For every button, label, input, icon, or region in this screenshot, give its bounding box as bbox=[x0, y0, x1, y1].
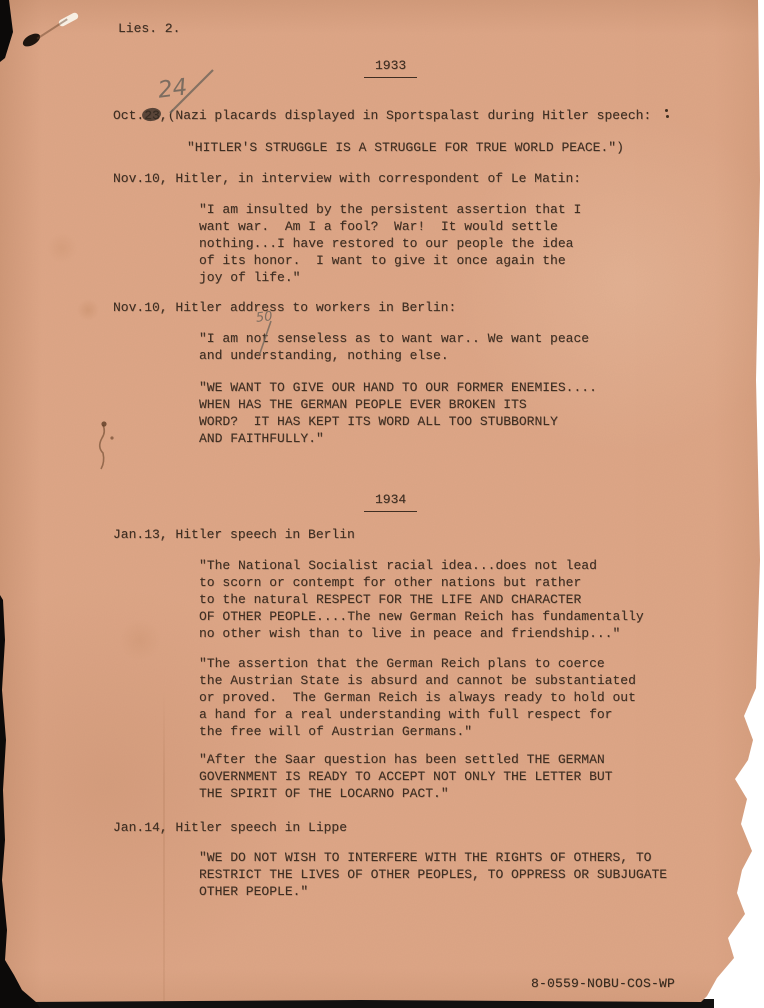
ink-speck bbox=[666, 115, 669, 118]
pencil-insert-number: 50 bbox=[255, 309, 273, 326]
pencil-date-correction: 24 bbox=[157, 74, 189, 103]
quote-insulted: "I am insulted by the persistent asserti… bbox=[199, 201, 581, 286]
section-year-1934: 1934 bbox=[364, 491, 417, 512]
quote-senseless: "I am not senseless as to want war.. We … bbox=[199, 330, 589, 364]
entry-heading-jan13: Jan.13, Hitler speech in Berlin bbox=[113, 526, 355, 543]
quote-rights-of-others: "WE DO NOT WISH TO INTERFERE WITH THE RI… bbox=[199, 849, 667, 900]
entry-heading-jan14: Jan.14, Hitler speech in Lippe bbox=[113, 819, 347, 836]
quote-racial-idea: "The National Socialist racial idea...do… bbox=[199, 557, 644, 642]
quote-austrian-state: "The assertion that the German Reich pla… bbox=[199, 655, 636, 740]
ink-speck bbox=[665, 109, 668, 112]
document-page: Lies. 2. 1933 Oct.23,(Nazi placards disp… bbox=[0, 0, 764, 1008]
quote-saar: "After the Saar question has been settle… bbox=[199, 751, 612, 802]
archive-stamp: 8-0559-NOBU-COS-WP bbox=[531, 975, 675, 992]
entry-heading-nov10-interview: Nov.10, Hitler, in interview with corres… bbox=[113, 170, 581, 187]
entry-heading-nov10-workers: Nov.10, Hitler address to workers in Ber… bbox=[113, 299, 456, 316]
section-year-1933: 1933 bbox=[364, 57, 417, 78]
paper-crease bbox=[163, 690, 165, 1002]
quote-former-enemies: "WE WANT TO GIVE OUR HAND TO OUR FORMER … bbox=[199, 379, 597, 447]
page-label: Lies. 2. bbox=[118, 20, 180, 37]
entry-heading-oct23: Oct.23,(Nazi placards displayed in Sport… bbox=[113, 107, 651, 124]
quote-placard: "HITLER'S STRUGGLE IS A STRUGGLE FOR TRU… bbox=[187, 139, 624, 156]
scanned-document: Lies. 2. 1933 Oct.23,(Nazi placards disp… bbox=[0, 0, 764, 1008]
